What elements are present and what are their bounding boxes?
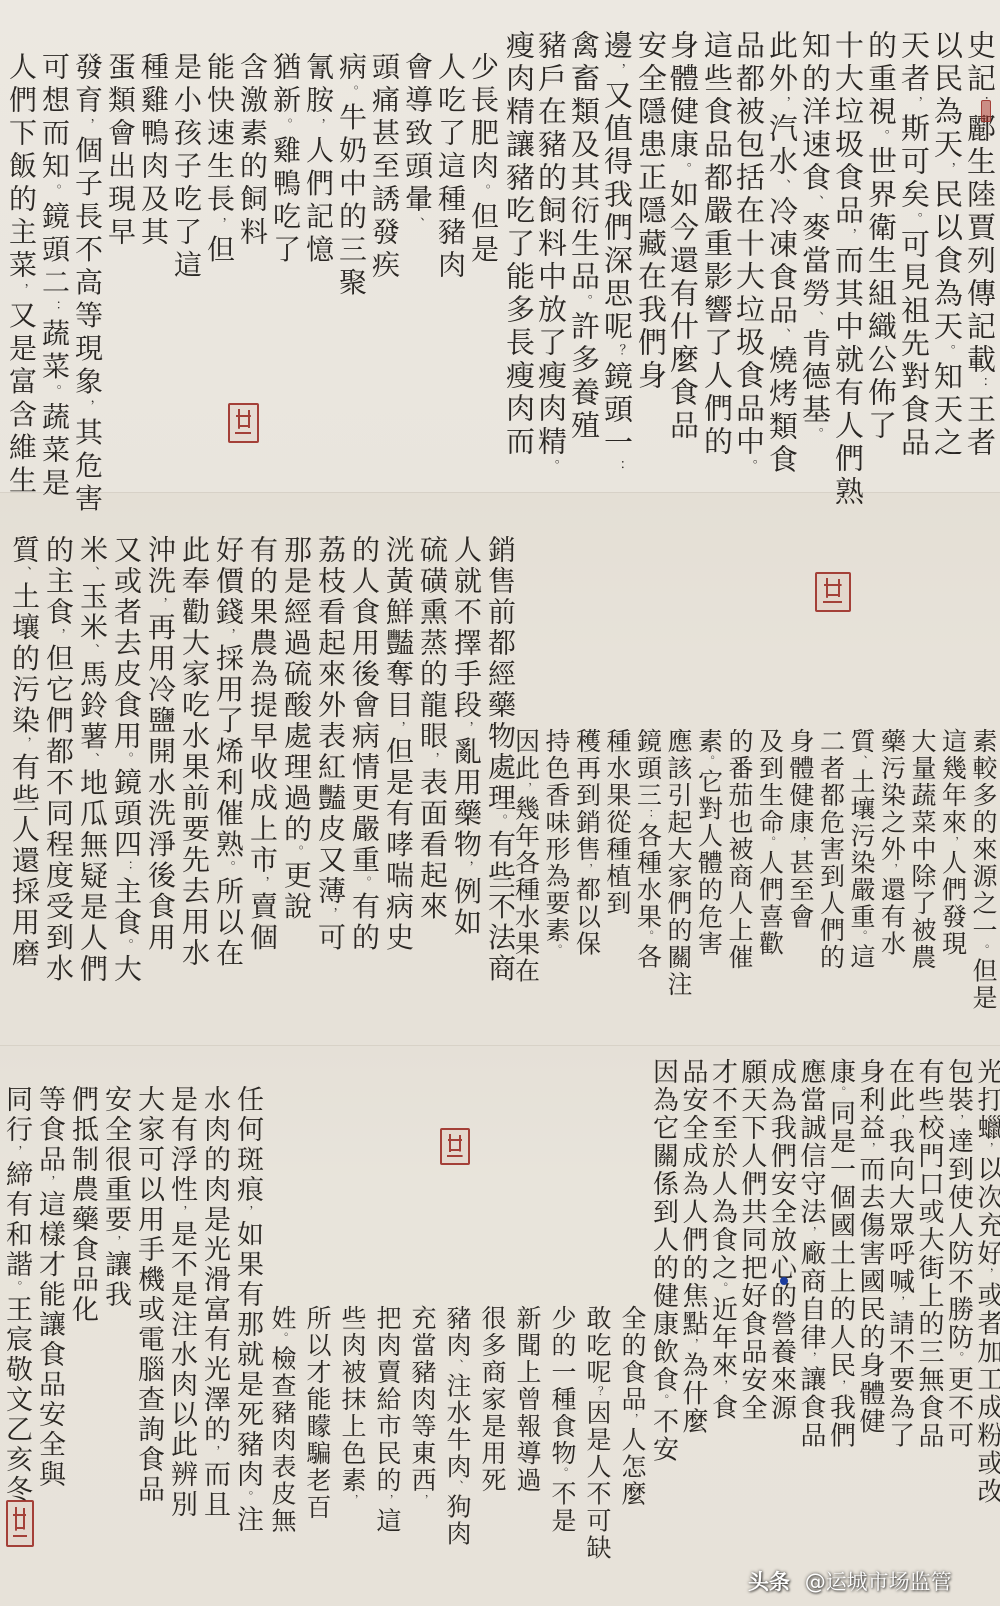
- text-column: 人吃了這種豬肉: [434, 52, 467, 492]
- text-column: 有的果農為提早收成上市，賣個: [245, 535, 279, 1005]
- text-column: 豬戶在豬的飼料中放了瘦肉精。: [535, 30, 568, 510]
- text-column: 會導致頭暈、: [401, 52, 434, 492]
- text-column: 銷售前都經藥物處理。有些不法商: [483, 535, 517, 1005]
- text-column: 這幾年來，人們發現: [937, 728, 968, 1018]
- watermark: 头条 @运城市场监管: [748, 1566, 952, 1596]
- text-column: 頭痛甚至誘發疾: [368, 52, 401, 492]
- text-column: 成為我們安全放心的營養來源: [766, 1058, 796, 1548]
- text-column: 身體健康。如今還有什麼食品: [667, 30, 700, 510]
- text-column: 的人食用後會病情更嚴重。有的: [347, 535, 381, 1005]
- text-column: 品都被包括在十大垃圾食品中。: [733, 30, 766, 510]
- blue-ink-dot: [780, 1277, 788, 1285]
- text-column: 少長肥肉。但是: [467, 52, 500, 492]
- text-column: 應該引起大家們的關注: [663, 728, 694, 1018]
- text-column: 素。它對人體的危害: [693, 728, 724, 1018]
- text-column: 好價錢，採用了烯利催熟。所以在: [211, 535, 245, 1005]
- text-column: 少的一種食物。不是: [545, 1305, 580, 1545]
- toutiao-logo-text: 头条: [748, 1570, 790, 1594]
- text-column: 可想而知。鏡頭二：蔬菜。蔬菜是: [38, 52, 71, 492]
- text-column: 把肉賣給市民的，這: [370, 1305, 405, 1545]
- text-column: 很多商家是用死: [475, 1305, 510, 1545]
- text-column: 所以才能矇騙老百: [300, 1305, 335, 1545]
- text-column: 這些食品都嚴重影響了人們的: [700, 30, 733, 510]
- text-block-middle-left: 銷售前都經藥物處理。有些不法商人就不擇手段，亂用藥物，例如硫磺熏蒸的龍眼，表面看…: [7, 535, 517, 1005]
- text-block-bottom-left: 任何斑痕，如果有那就是死豬肉。注水肉的肉是光滑富有光澤的，而且是有浮性，是不是注…: [0, 1085, 264, 1555]
- text-column: 應當誠信守法，廠商自律，讓食品: [796, 1058, 826, 1548]
- text-column: 安全很重要，讓我: [99, 1085, 132, 1555]
- text-column: 的番茄也被商人上催: [724, 728, 755, 1018]
- text-column: 質、土壤的污染，有些人還採用磨: [7, 535, 41, 1005]
- text-column: 此外，汽水、冷凍食品、燒烤類食: [766, 30, 799, 510]
- red-seal-stamp-icon: [815, 572, 851, 612]
- text-block-top-right: 史記．酈生陸賈列傳記載：王者以民為天，民以食為天。知天之天者，斯可矣。可見祖先對…: [502, 30, 997, 510]
- text-column: 全的食品，人怎麼: [615, 1305, 650, 1545]
- text-column: 等食品，這樣才能讓食品安全與: [33, 1085, 66, 1555]
- text-column: 又或者去皮食用。鏡頭四：主食。大: [109, 535, 143, 1005]
- text-column: 品安全成為人們的焦點，為什麼: [678, 1058, 708, 1548]
- text-column: 同行，締有和諧。王宸敬文乙亥冬: [0, 1085, 33, 1555]
- text-column: 才不至於人為食之。近年來，食: [707, 1058, 737, 1548]
- text-column: 些肉被抹上色素，: [335, 1305, 370, 1545]
- text-column: 願天下人們共同把好食品安全: [737, 1058, 767, 1548]
- text-column: 持色香味形為要素。: [541, 728, 572, 1018]
- text-column: 禽畜類及其衍生品。許多養殖: [568, 30, 601, 510]
- text-column: 人們下飯的主菜，又是富含維生: [5, 52, 38, 492]
- text-column: 荔枝看起來外表紅豔皮又薄，可: [313, 535, 347, 1005]
- text-column: 是小孩子吃了這: [170, 52, 203, 492]
- text-column: 瘦肉精讓豬吃了能多長瘦肉而: [502, 30, 535, 510]
- text-column: 姓。檢查豬肉表皮無: [265, 1305, 300, 1545]
- text-column: 水肉的肉是光滑富有光澤的，而且: [198, 1085, 231, 1555]
- text-column: 猶新。雞鴨吃了: [269, 52, 302, 492]
- text-column: 質、土壤污染嚴重。這: [846, 728, 877, 1018]
- text-column: 天者，斯可矣。可見祖先對食品: [898, 30, 931, 510]
- text-column: 包裝，達到使人防不勝防。更不可: [943, 1058, 973, 1548]
- text-column: 們抵制農藥食品化: [66, 1085, 99, 1555]
- text-column: 及到生命。人們喜歡: [754, 728, 785, 1018]
- text-column: 米、玉米、馬鈴薯、地瓜無疑是人們: [75, 535, 109, 1005]
- text-column: 蛋類會出現早: [104, 52, 137, 492]
- text-column: 穫再到銷售，都以保: [571, 728, 602, 1018]
- small-seal-stamp-icon: [981, 100, 991, 122]
- text-column: 安全隱患正隱藏在我們身: [634, 30, 667, 510]
- text-column: 因為它關係到人的健康飲食。不安: [648, 1058, 678, 1548]
- red-seal-stamp-icon: [228, 403, 259, 443]
- text-column: 大家可以用手機或電腦查詢食品: [132, 1085, 165, 1555]
- text-block-bottom-right-upper: 光打蠟，以次充好，或者加工成粉或改包裝，達到使人防不勝防。更不可有些校門口或大街…: [648, 1058, 1000, 1548]
- text-column: 那是經過硫酸處理過的。更說: [279, 535, 313, 1005]
- text-column: 光打蠟，以次充好，或者加工成粉或改: [973, 1058, 1000, 1548]
- text-column: 任何斑痕，如果有那就是死豬肉。注: [231, 1085, 264, 1555]
- text-column: 人就不擇手段，亂用藥物，例如: [449, 535, 483, 1005]
- red-seal-stamp-icon: [440, 1128, 470, 1165]
- text-column: 十大垃圾食品，而其中就有人們熟: [832, 30, 865, 510]
- watermark-handle: @运城市场监管: [805, 1570, 952, 1594]
- text-column: 新聞上曾報導過: [510, 1305, 545, 1545]
- text-column: 種水果從種植到: [602, 728, 633, 1018]
- text-column: 的主食，但它們都不同程度受到水: [41, 535, 75, 1005]
- text-column: 敢吃呢？因是人不可缺: [580, 1305, 615, 1545]
- text-column: 二者都危害到人們的: [815, 728, 846, 1018]
- text-column: 鏡頭三：各種水果。各: [632, 728, 663, 1018]
- text-column: 是有浮性，是不是注水肉以此辨別: [165, 1085, 198, 1555]
- text-column: 以民為天，民以食為天。知天之: [931, 30, 964, 510]
- text-column: 發育，個子長不高等現象，其危害: [71, 52, 104, 492]
- text-column: 洸黃鮮豔奪目，但是有哮喘病史: [381, 535, 415, 1005]
- text-column: 邊，又值得我們深思呢？鏡頭一：: [601, 30, 634, 510]
- text-column: 沖洗，再用冷鹽開水洗淨後食用: [143, 535, 177, 1005]
- text-column: 的重視。世界衛生組織公佈了: [865, 30, 898, 510]
- text-column: 藥污染之外，還有水: [876, 728, 907, 1018]
- red-seal-stamp-icon: [6, 1500, 34, 1547]
- text-column: 在此，我向大眾呼喊，請不要為了: [884, 1058, 914, 1548]
- text-column: 有些校門口或大街上的三無食品: [914, 1058, 944, 1548]
- text-column: 素較多的來源之一。但是: [968, 728, 999, 1018]
- text-column: 知的洋速食、麥當勞、肯德基。: [799, 30, 832, 510]
- text-column: 病。牛奶中的三聚: [335, 52, 368, 492]
- text-column: 充當豬肉等東西，: [405, 1305, 440, 1545]
- text-column: 硫磺熏蒸的龍眼，表面看起來: [415, 535, 449, 1005]
- text-column: 氰胺，人們記憶: [302, 52, 335, 492]
- text-block-bottom-right-lower: 全的食品，人怎麼敢吃呢？因是人不可缺少的一種食物。不是新聞上曾報導過很多商家是用…: [265, 1305, 650, 1545]
- text-column: 身利益，而去傷害國民的身體健: [855, 1058, 885, 1548]
- calligraphy-artwork: 史記．酈生陸賈列傳記載：王者以民為天，民以食為天。知天之天者，斯可矣。可見祖先對…: [0, 0, 1000, 1606]
- text-column: 豬肉、注水牛肉、狗肉: [440, 1305, 475, 1545]
- text-block-middle-right: 素較多的來源之一。但是這幾年來，人們發現大量蔬菜中除了被農藥污染之外，還有水質、…: [510, 728, 998, 1018]
- text-column: 此奉勸大家吃水果前要先去用水: [177, 535, 211, 1005]
- text-column: 康。同是一個國土上的人民，我們: [825, 1058, 855, 1548]
- text-column: 大量蔬菜中除了被農: [907, 728, 938, 1018]
- text-column: 身體健康，甚至會: [785, 728, 816, 1018]
- text-column: 種雞鴨肉及其: [137, 52, 170, 492]
